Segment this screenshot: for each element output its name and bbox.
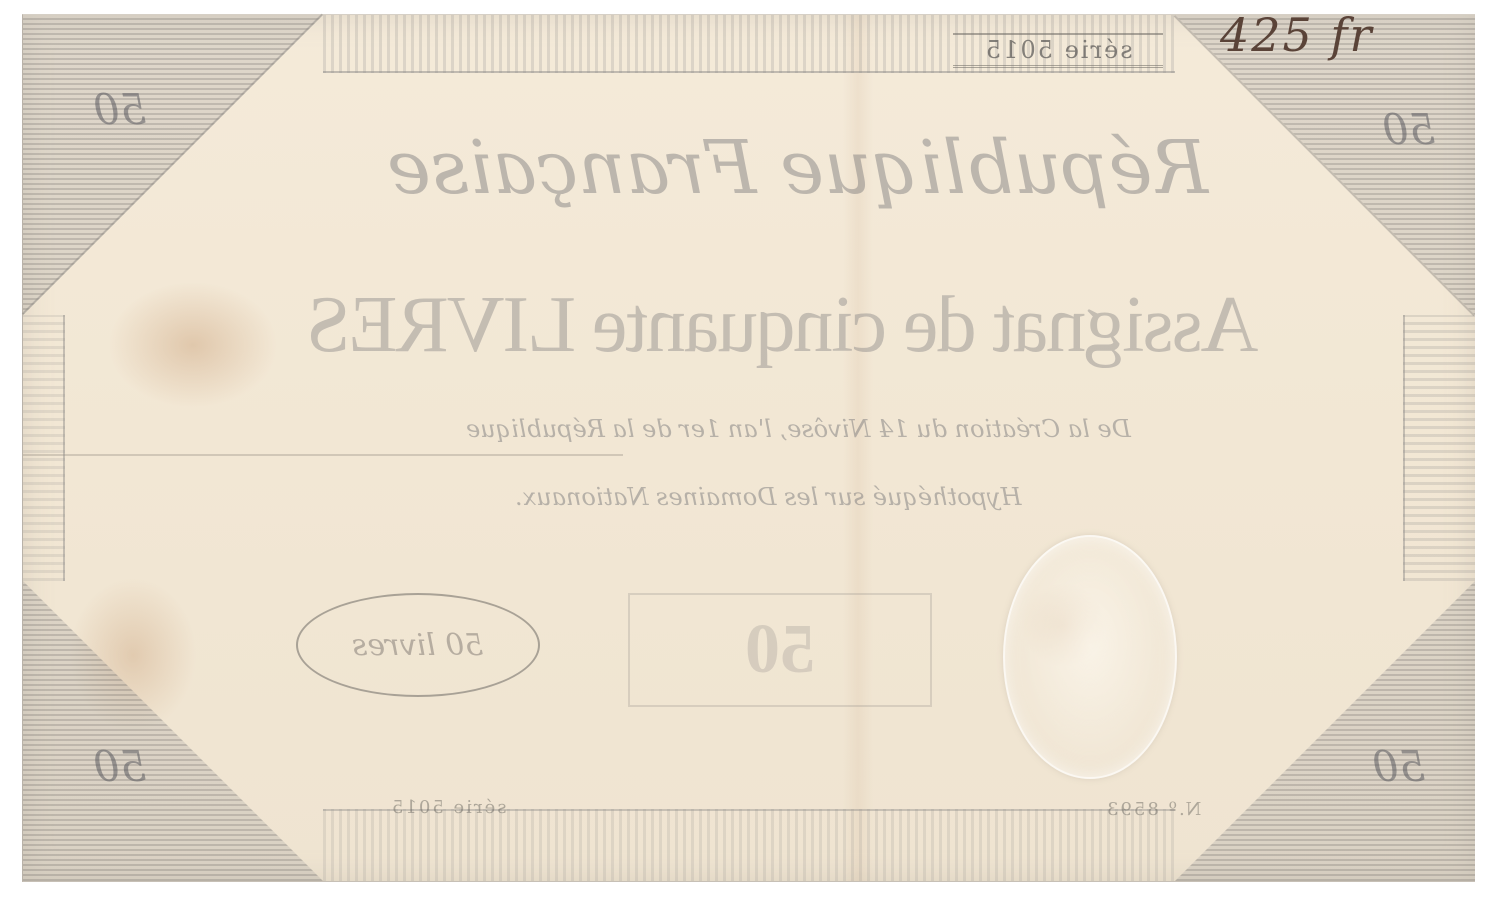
banknote: 50 50 50 50 série 5015 série 5015 N.º 85… [22,14,1475,882]
corner-value: 50 [93,85,146,134]
corner-value: 50 [1382,105,1435,154]
border-band-left [23,315,65,581]
serie-plate-bottom: série 5015 [323,793,573,821]
fold-crease [23,454,623,456]
serial-number-text: N.º 8593 [1105,799,1201,820]
border-band-right [1403,315,1475,581]
corner-value: 50 [93,742,146,791]
corner-ornament-bottom-right: 50 [1175,581,1475,881]
center-value-box: 50 [628,593,932,707]
title-republique: République Française [223,125,1373,211]
corner-value: 50 [1372,742,1425,791]
value-line: Assignat de cinquante LIVRES [183,280,1383,371]
serie-plate-top: série 5015 [953,33,1163,68]
creation-line: De la Création du 14 Nivôse, l'an 1er de… [163,415,1433,443]
hypotheque-line: Hypothéqué sur les Domaines Nationaux. [193,483,1343,511]
handwritten-annotation: 425 fr [1220,8,1373,62]
serial-number: N.º 8593 [1073,795,1233,823]
serie-text: série 5015 [390,797,506,818]
corner-ornament-bottom-left: 50 [23,581,323,881]
oval-stamp: 50 livres [296,593,540,697]
embossed-dry-seal [1003,535,1177,779]
serie-text: série 5015 [984,36,1133,64]
